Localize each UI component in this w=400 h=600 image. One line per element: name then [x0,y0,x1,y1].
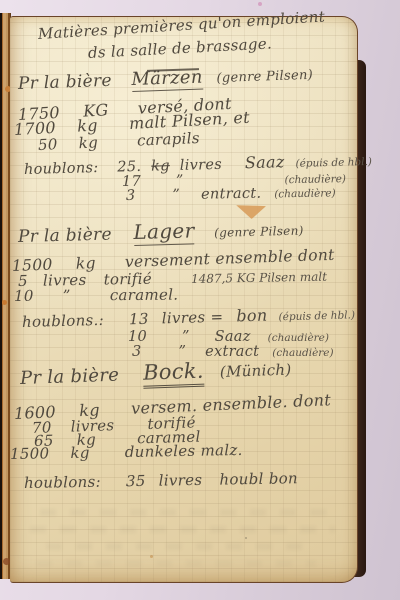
hops-struck-unit: kg [151,158,170,174]
hops-note: (chaudière) [274,187,336,200]
heading-prefix: Pr la bière [18,71,112,94]
heading-qualifier: (genre Pilsen) [214,224,304,240]
hops-row: houblons.: 13 livres = bon (épuis de hbl… [22,304,355,330]
hops-unit: ” [172,187,180,203]
bleed-through-line [46,543,316,550]
hops-unit: livres [180,157,223,174]
heading-qualifier: (Münich) [220,361,292,381]
bleed-through-line [36,560,316,567]
hops-unit: livres = [162,308,224,328]
malt-unit: ” [63,287,71,305]
paper-speck [150,555,153,558]
beer-name: Bock. [143,359,205,389]
hops-variety: Saaz [245,152,285,172]
paper-speck [245,537,247,539]
bleed-through-line [40,509,330,516]
malt-unit: kg [78,133,98,152]
malt-unit: kg [70,444,90,462]
hops-label: houblons.: [22,311,104,331]
hops-qty: 3 [132,344,142,360]
beer-name: Märzen [131,67,203,92]
hops-variety: Saaz [215,329,251,345]
hops-row: 3 ” entract. (chaudière) [126,185,336,205]
hops-note: (chaudière) [284,173,346,186]
hops-qty: 10 [128,329,147,345]
hops-note: (chaudière) [268,332,329,344]
notebook-page: Matières premières qu'on emploient ds la… [10,16,358,583]
malt-row: 10 ” caramel. [14,287,178,305]
hops-label: houblons: [24,160,99,178]
page-title-line2: ds la salle de brassage. [88,35,273,61]
scanned-notebook-photo: Matières premières qu'on emploient ds la… [0,0,400,600]
malt-desc: dunkeles malz. [125,441,243,461]
malt-desc: carapils [137,129,200,150]
hops-variety: bon [236,306,268,326]
hops-qty: 35 [126,472,146,490]
hops-variety: houbl bon [219,469,298,488]
hops-note: (épuis de hbl.) [278,309,355,323]
beer-name: Lager [133,218,195,246]
malt-qty: 50 [38,135,58,154]
hops-variety: entract. [201,186,262,203]
malt-qty: 10 [14,287,34,305]
malt-desc: caramel. [110,286,179,305]
heading-prefix: Pr la bière [20,365,120,389]
heading-prefix: Pr la bière [18,225,112,247]
hops-note: (épuis de hbl.) [295,156,372,170]
stain-dot [2,300,7,305]
bleed-through-line [30,526,335,533]
hops-qty: 13 [129,310,149,329]
hops-unit: ” [178,344,186,360]
hops-unit: ” [182,329,190,345]
page-title-line1: Matières premières qu'on emploient [37,8,325,42]
hops-qty: 3 [126,188,136,204]
heading-qualifier: (genre Pilsen) [216,68,313,86]
hops-label: houblons: [24,473,101,492]
section-heading-bock: Pr la bière Bock. (Münich) [20,357,292,390]
scanner-artifact-dot [258,2,262,6]
malt-row: 1500 kg dunkeles malz. [10,442,243,463]
section-heading-lager: Pr la bière Lager (genre Pilsen) [18,217,304,247]
hops-unit: livres [159,471,203,490]
malt-aside: 1487,5 KG Pilsen malt [191,270,327,286]
stain-dot [3,558,10,565]
section-heading-marzen: Pr la bière Märzen (genre Pilsen) [18,64,314,94]
malt-qty: 1500 [10,444,50,463]
hops-row: houblons: 35 livres houbl bon [24,470,298,491]
